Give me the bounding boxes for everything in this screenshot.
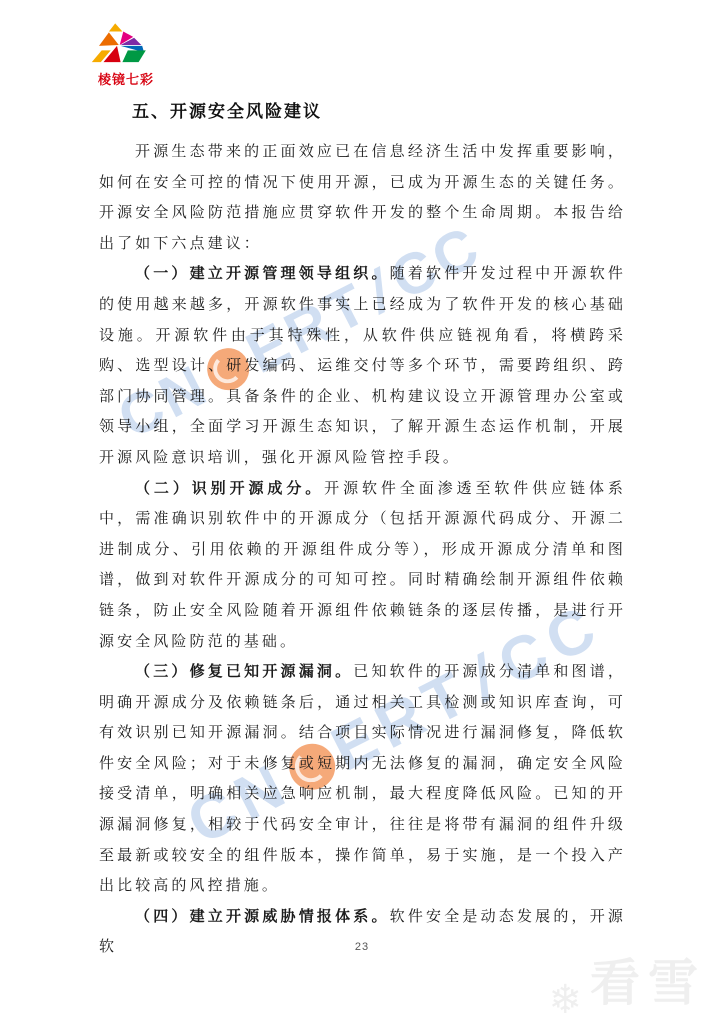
company-logo: 棱镜七彩	[84, 22, 168, 88]
page-content: 五、开源安全风险建议 开源生态带来的正面效应已在信息经济生活中发挥重要影响，如何…	[99, 97, 626, 963]
paragraph-lead-bold: （四）建立开源威胁情报体系。	[135, 909, 390, 925]
body-paragraphs: 开源生态带来的正面效应已在信息经济生活中发挥重要影响，如何在安全可控的情况下使用…	[99, 137, 626, 963]
paragraph-text: 已知软件的开源成分清单和图谱，明确开源成分及依赖链条后，通过相关工具检测或知识库…	[99, 664, 626, 894]
page-number: 23	[0, 941, 724, 953]
paragraph-text: 开源生态带来的正面效应已在信息经济生活中发挥重要影响，如何在安全可控的情况下使用…	[99, 144, 626, 252]
snowflake-icon: ❄	[548, 980, 582, 1020]
paragraph: 开源生态带来的正面效应已在信息经济生活中发挥重要影响，如何在安全可控的情况下使用…	[99, 137, 626, 259]
paragraph-lead-bold: （一）建立开源管理领导组织。	[135, 266, 390, 282]
paragraph: （三）修复已知开源漏洞。已知软件的开源成分清单和图谱，明确开源成分及依赖链条后，…	[99, 657, 626, 902]
paragraph: （二）识别开源成分。开源软件全面渗透至软件供应链体系中，需准确识别软件中的开源成…	[99, 474, 626, 658]
prism-triangle-logo	[90, 22, 162, 68]
section-title: 五、开源安全风险建议	[99, 97, 626, 122]
paragraph-text: 随着软件开发过程中开源软件的使用越来越多，开源软件事实上已经成为了软件开发的核心…	[99, 266, 626, 466]
paragraph: （一）建立开源管理领导组织。随着软件开发过程中开源软件的使用越来越多，开源软件事…	[99, 259, 626, 473]
logo-text: 棱镜七彩	[98, 69, 154, 88]
kanxue-watermark-text: 看雪	[590, 958, 706, 1008]
document-page: CN ERT / CC CN ERT / CC 棱镜七彩	[0, 0, 724, 1024]
paragraph-lead-bold: （三）修复已知开源漏洞。	[135, 664, 353, 680]
kanxue-watermark: ❄ 看雪	[548, 958, 706, 1008]
paragraph-lead-bold: （二）识别开源成分。	[135, 481, 324, 497]
paragraph: （四）建立开源威胁情报体系。软件安全是动态发展的，开源软	[99, 902, 626, 963]
paragraph-text: 开源软件全面渗透至软件供应链体系中，需准确识别软件中的开源成分（包括开源源代码成…	[99, 481, 626, 650]
